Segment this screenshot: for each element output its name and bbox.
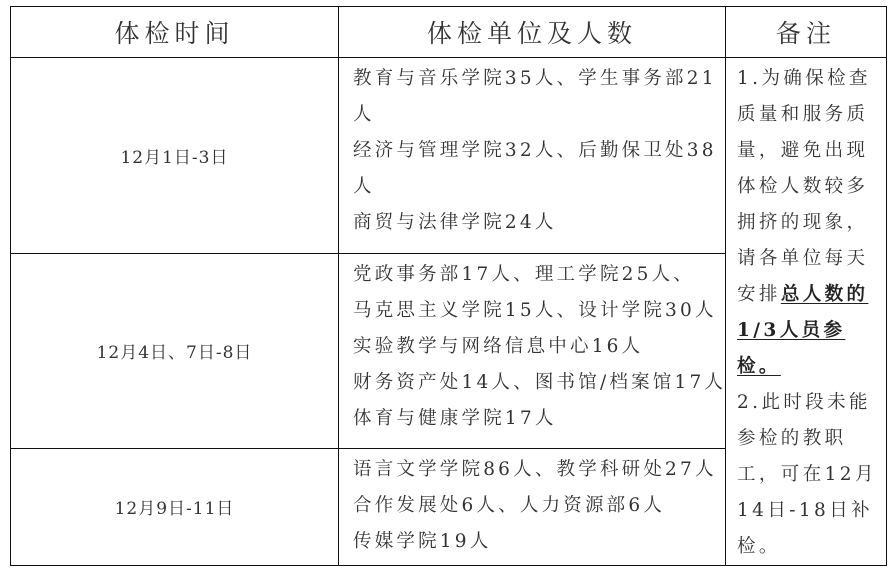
units-line: 人 bbox=[353, 169, 725, 205]
units-line: 党政事务部17人、理工学院25人、 bbox=[353, 257, 725, 293]
exam-schedule-table: 体检时间 体检单位及人数 备注 12月1日-3日 教育与音乐学院35人、学生事务… bbox=[10, 6, 887, 566]
header-units-count: 体检单位及人数 bbox=[339, 7, 726, 58]
units-line: 语言文学学院86人、教学科研处27人 bbox=[353, 452, 725, 488]
units-line: 教育与音乐学院35人、学生事务部21 bbox=[353, 61, 725, 97]
header-remarks: 备注 bbox=[726, 7, 887, 58]
table-row: 12月1日-3日 教育与音乐学院35人、学生事务部21 人 经济与管理学院32人… bbox=[11, 58, 887, 254]
units-cell: 语言文学学院86人、教学科研处27人 合作发展处6人、人力资源部6人 传媒学院1… bbox=[339, 448, 726, 565]
remarks-cell: 1.为确保检查质量和服务质量，避免出现体检人数较多拥挤的现象，请各单位每天安排总… bbox=[726, 58, 887, 566]
units-line: 传媒学院19人 bbox=[353, 524, 725, 560]
units-line: 体育与健康学院17人 bbox=[353, 401, 725, 437]
remark-2-text: 2.此时段未能参检的教职工，可在12月14日-18日补检。 bbox=[737, 392, 877, 557]
units-cell: 党政事务部17人、理工学院25人、 马克思主义学院15人、设计学院30人 实验教… bbox=[339, 253, 726, 448]
date-cell: 12月4日、7日-8日 bbox=[11, 253, 339, 448]
header-exam-time: 体检时间 bbox=[11, 7, 339, 58]
date-cell: 12月1日-3日 bbox=[11, 58, 339, 254]
header-row: 体检时间 体检单位及人数 备注 bbox=[11, 7, 887, 58]
units-line: 马克思主义学院15人、设计学院30人 bbox=[353, 293, 725, 329]
units-line: 实验教学与网络信息中心16人 bbox=[353, 329, 725, 365]
units-line: 人 bbox=[353, 97, 725, 133]
units-line: 商贸与法律学院24人 bbox=[353, 205, 725, 241]
units-line: 财务资产处14人、图书馆/档案馆17人 bbox=[353, 365, 725, 401]
units-line: 合作发展处6人、人力资源部6人 bbox=[353, 488, 725, 524]
date-cell: 12月9日-11日 bbox=[11, 448, 339, 565]
units-cell: 教育与音乐学院35人、学生事务部21 人 经济与管理学院32人、后勤保卫处38 … bbox=[339, 58, 726, 254]
units-line: 经济与管理学院32人、后勤保卫处38 bbox=[353, 133, 725, 169]
remark-1-text: 1.为确保检查质量和服务质量，避免出现体检人数较多拥挤的现象，请各单位每天安排 bbox=[737, 68, 871, 305]
